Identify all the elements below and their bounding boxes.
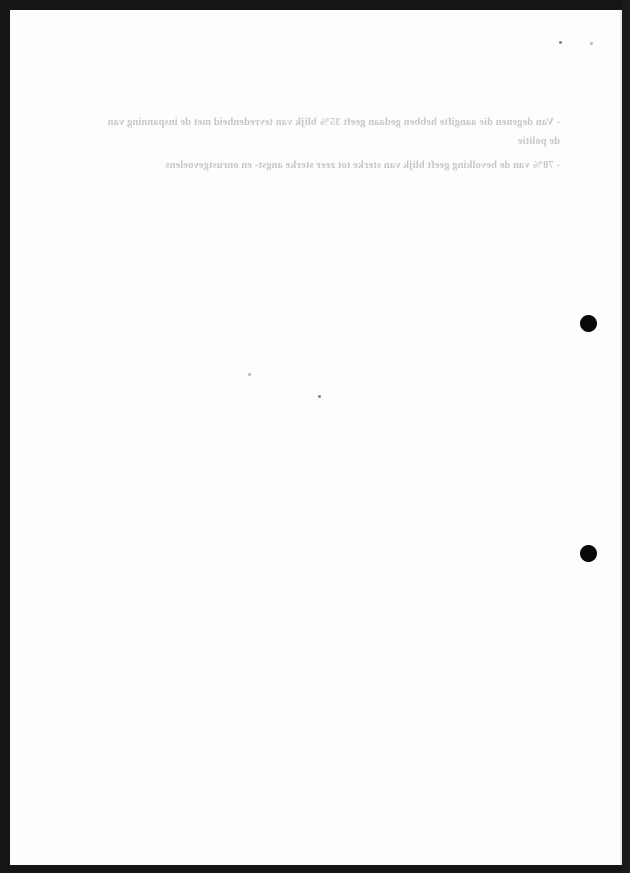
punch-hole: [580, 315, 597, 332]
dust-speck: [248, 373, 251, 376]
dust-speck: [318, 395, 321, 398]
bleed-through-line: - 78% van de bevolking geeft blijk van s…: [124, 160, 560, 171]
dust-speck: [559, 41, 562, 44]
bleed-through-line: - Van degenen die aangifte hebben gedaan…: [64, 117, 560, 128]
bleed-through-line: de politie: [505, 136, 560, 147]
dust-speck: [590, 42, 593, 45]
punch-hole: [580, 545, 597, 562]
scanner-edge: [622, 0, 630, 873]
